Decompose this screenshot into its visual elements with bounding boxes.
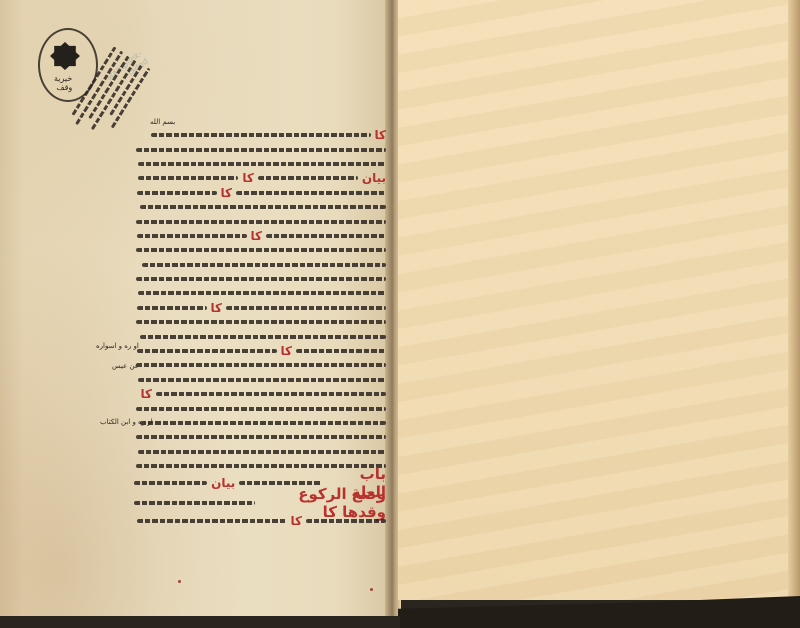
text-line xyxy=(134,214,386,228)
right-page-blank xyxy=(398,0,794,600)
text-line: كا xyxy=(134,128,386,142)
text-line: كا xyxy=(134,229,386,243)
ink-stroke xyxy=(136,435,386,439)
ink-stroke xyxy=(306,519,386,523)
ink-stroke xyxy=(266,234,386,238)
ink-stroke xyxy=(136,248,386,252)
rubricated-word: كا xyxy=(242,172,253,184)
text-line: وضع الركوع وقدها كا xyxy=(134,493,386,513)
ink-stroke xyxy=(138,378,386,382)
ink-stroke xyxy=(236,191,386,195)
text-line xyxy=(134,272,386,286)
ink-stroke xyxy=(258,176,358,180)
ink-stroke xyxy=(138,450,386,454)
ink-speck xyxy=(370,588,373,591)
ink-stroke xyxy=(137,191,217,195)
rubricated-word: كا xyxy=(221,187,232,199)
ink-stroke xyxy=(140,335,386,339)
ink-stroke xyxy=(138,291,386,295)
text-line xyxy=(134,315,386,329)
background-shadow-left xyxy=(0,616,400,628)
ink-stroke xyxy=(137,519,287,523)
text-line xyxy=(134,243,386,257)
ink-stroke xyxy=(140,205,386,209)
ink-stroke xyxy=(136,277,386,281)
ink-stroke xyxy=(138,162,386,166)
text-line xyxy=(134,258,386,272)
rubricated-word: كا xyxy=(375,129,386,141)
rubricated-word: كا xyxy=(251,230,262,242)
manuscript-spread: خيرية وقف stamp-ink-faded بسم الله او ره… xyxy=(0,0,800,628)
ink-stroke xyxy=(136,363,386,367)
text-line: بيانكا xyxy=(134,171,386,185)
background-shadow xyxy=(398,596,800,628)
ink-stroke xyxy=(142,263,386,267)
margin-note: او ره و اسواره xyxy=(96,342,139,351)
seal-caption: خيرية وقف xyxy=(54,74,72,92)
ink-stroke xyxy=(134,501,255,505)
ink-stroke xyxy=(137,349,277,353)
ink-stroke xyxy=(136,220,386,224)
ink-stroke xyxy=(156,392,386,396)
ink-stroke xyxy=(137,234,247,238)
text-line xyxy=(134,358,386,372)
text-line xyxy=(134,401,386,415)
text-line xyxy=(134,445,386,459)
rubricated-word: بيان xyxy=(211,477,235,489)
header-note: بسم الله xyxy=(150,118,175,127)
text-line: كا xyxy=(134,186,386,200)
text-line xyxy=(134,157,386,171)
text-line: كا xyxy=(134,344,386,358)
rubricated-word: كا xyxy=(211,302,222,314)
rubricated-word: كا xyxy=(141,388,152,400)
text-line xyxy=(134,286,386,300)
page-edge xyxy=(788,0,800,600)
text-line: كا xyxy=(134,513,386,527)
ink-stroke xyxy=(151,133,371,137)
rubricated-word: كا xyxy=(281,345,292,357)
seal-emblem-icon xyxy=(50,42,80,70)
ink-stroke xyxy=(226,306,386,310)
text-line xyxy=(134,329,386,343)
ink-stroke xyxy=(137,306,207,310)
ink-stroke xyxy=(296,349,386,353)
text-line xyxy=(134,142,386,156)
text-line xyxy=(134,373,386,387)
ink-stroke xyxy=(134,481,207,485)
ink-stroke xyxy=(136,407,386,411)
rubricated-word: بيان xyxy=(362,172,386,184)
ink-speck xyxy=(178,580,181,583)
text-line: كا xyxy=(134,301,386,315)
text-line xyxy=(134,200,386,214)
ink-stroke xyxy=(138,176,238,180)
manuscript-text-block: كا بيانكا كا كا كا كا كا باب العلةبيان و… xyxy=(134,128,386,528)
ink-stroke xyxy=(136,320,386,324)
text-line xyxy=(134,416,386,430)
ink-stroke xyxy=(136,148,386,152)
text-line xyxy=(134,430,386,444)
text-line: كا xyxy=(134,387,386,401)
ink-stroke xyxy=(140,421,386,425)
rubricated-word: كا xyxy=(291,515,302,527)
